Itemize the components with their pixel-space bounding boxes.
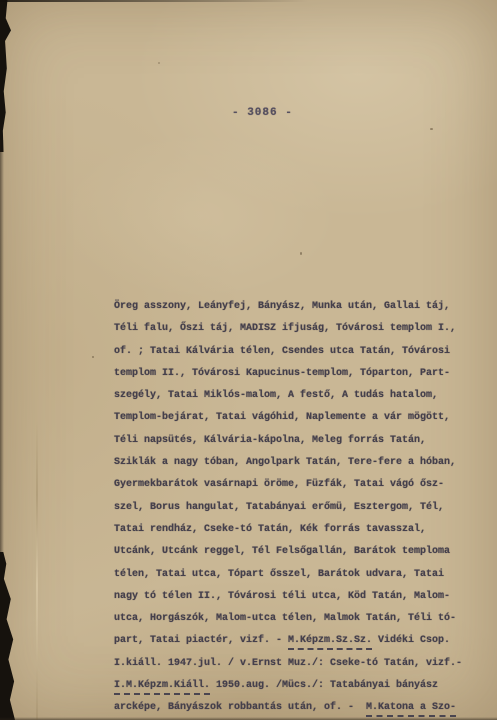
- underlined-text: M.Képzm.Sz.Sz.: [288, 635, 372, 650]
- plain-text: arcképe, Bányászok robbantás után, of. -: [114, 702, 366, 713]
- scan-edge-left-line: [0, 140, 4, 570]
- text-line: I.M.Képzm.Kiáll. 1950.aug. /Mücs./: Tata…: [114, 675, 484, 697]
- plain-text: Vidéki Csop.: [372, 635, 450, 646]
- paper-crease: [36, 420, 38, 720]
- text-line: nagy tó télen II., Tóvárosi téli utca, K…: [114, 586, 484, 608]
- plain-text: Sziklák a nagy tóban, Angolpark Tatán, T…: [114, 457, 456, 468]
- text-line: Tatai rendház, Cseke-tó Tatán, Kék forrá…: [114, 519, 484, 541]
- plain-text: Utcánk, Utcánk reggel, Tél Felsőgallán, …: [114, 546, 450, 557]
- text-line: Téli napsütés, Kálvária-kápolna, Meleg f…: [114, 430, 484, 452]
- text-line: arcképe, Bányászok robbantás után, of. -…: [114, 697, 484, 719]
- scanned-page: - 3086 - Öreg asszony, Leányfej, Bányász…: [0, 0, 497, 720]
- plain-text: Templom-bejárat, Tatai vágóhid, Naplemen…: [114, 412, 450, 423]
- text-line: Öreg asszony, Leányfej, Bányász, Munka u…: [114, 296, 484, 318]
- text-line: part, Tatai piactér, vizf. - M.Képzm.Sz.…: [114, 630, 484, 652]
- plain-text: part, Tatai piactér, vizf. -: [114, 635, 288, 646]
- plain-text: 1950.aug. /Mücs./: Tatabányai bányász: [210, 680, 438, 691]
- plain-text: Tatai rendház, Cseke-tó Tatán, Kék forrá…: [114, 524, 426, 535]
- text-line: of. ; Tatai Kálvária télen, Csendes utca…: [114, 341, 484, 363]
- plain-text: Téli napsütés, Kálvária-kápolna, Meleg f…: [114, 435, 426, 446]
- plain-text: templom II., Tóvárosi Kapucinus-templom,…: [114, 368, 450, 379]
- plain-text: szel, Borus hangulat, Tatabányai erőmü, …: [114, 502, 444, 513]
- paper-speck: [430, 128, 433, 130]
- plain-text: I.kiáll. 1947.jul. / v.Ernst Muz./: Csek…: [114, 658, 462, 669]
- plain-text: Téli falu, Őszi táj, MADISZ ifjuság, Tóv…: [114, 323, 456, 334]
- plain-text: Öreg asszony, Leányfej, Bányász, Munka u…: [114, 301, 450, 312]
- text-line: télen, Tatai utca, Tópart ősszel, Baráto…: [114, 564, 484, 586]
- text-line: Sziklák a nagy tóban, Angolpark Tatán, T…: [114, 452, 484, 474]
- text-line: Templom-bejárat, Tatai vágóhid, Naplemen…: [114, 407, 484, 429]
- text-line: szegély, Tatai Miklós-malom, A festő, A …: [114, 385, 484, 407]
- page-number: - 3086 -: [232, 107, 293, 119]
- underlined-text: M.Katona a Szo-: [366, 702, 456, 717]
- plain-text: télen, Tatai utca, Tópart ősszel, Baráto…: [114, 569, 444, 580]
- text-line: Gyermekbarátok vasárnapi öröme, Füzfák, …: [114, 474, 484, 496]
- plain-text: utca, Horgászók, Malom-utca télen, Malmo…: [114, 613, 456, 624]
- paper-speck: [158, 62, 160, 64]
- plain-text: szegély, Tatai Miklós-malom, A festő, A …: [114, 390, 438, 401]
- plain-text: of. ; Tatai Kálvária télen, Csendes utca…: [114, 346, 450, 357]
- scan-edge-left-top: [0, 0, 11, 152]
- text-line: utca, Horgászók, Malom-utca télen, Malmo…: [114, 608, 484, 630]
- text-line: szel, Borus hangulat, Tatabányai erőmü, …: [114, 497, 484, 519]
- underlined-text: I.M.Képzm.Kiáll.: [114, 680, 210, 695]
- scan-edge-left-bottom: [0, 552, 15, 720]
- plain-text: nagy tó télen II., Tóvárosi téli utca, K…: [114, 591, 450, 602]
- text-line: I.kiáll. 1947.jul. / v.Ernst Muz./: Csek…: [114, 653, 484, 675]
- scan-edge-top: [0, 0, 308, 2]
- paper-speck: [300, 252, 302, 255]
- text-line: Téli falu, Őszi táj, MADISZ ifjuság, Tóv…: [114, 318, 484, 340]
- paper-speck: [92, 356, 94, 358]
- text-line: templom II., Tóvárosi Kapucinus-templom,…: [114, 363, 484, 385]
- text-line: Utcánk, Utcánk reggel, Tél Felsőgallán, …: [114, 541, 484, 563]
- plain-text: Gyermekbarátok vasárnapi öröme, Füzfák, …: [114, 479, 444, 490]
- typewritten-text: Öreg asszony, Leányfej, Bányász, Munka u…: [114, 296, 484, 720]
